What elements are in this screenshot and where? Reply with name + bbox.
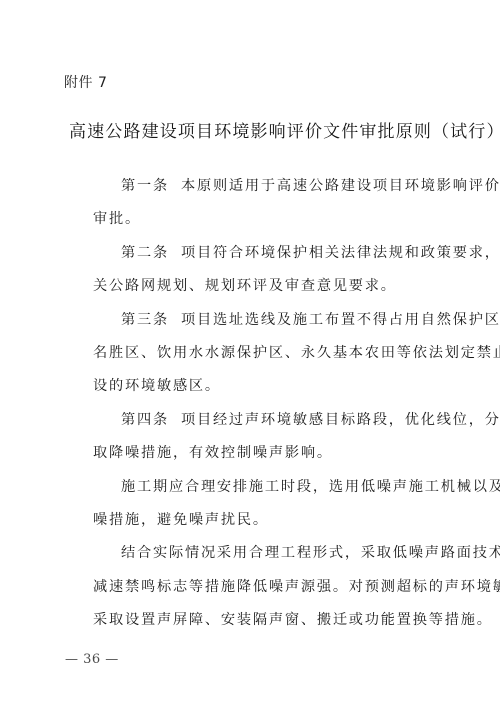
page-number: — 36 — <box>65 652 119 668</box>
article-1: 第一条本原则适用于高速公路建设项目环境影响评价文件的 审批。 <box>65 170 437 237</box>
document-body: 第一条本原则适用于高速公路建设项目环境影响评价文件的 审批。 第二条项目符合环境… <box>65 170 437 637</box>
document-page: 附件 7 高速公路建设项目环境影响评价文件审批原则（试行） 第一条本原则适用于高… <box>0 0 500 707</box>
text-line: 取降噪措施，有效控制噪声影响。 <box>65 437 437 470</box>
text-line: 名胜区、饮用水水源保护区、永久基本农田等依法划定禁止开发建 <box>65 337 437 370</box>
line-text: 项目经过声环境敏感目标路段，优化线位，分情况采 <box>181 412 500 428</box>
article-2: 第二条项目符合环境保护相关法律法规和政策要求，符合相 关公路网规划、规划环评及审… <box>65 237 437 304</box>
text-line: 采取设置声屏障、安装隔声窗、搬迁或功能置换等措施。 <box>65 604 437 637</box>
text-line: 第四条项目经过声环境敏感目标路段，优化线位，分情况采 <box>65 404 437 437</box>
text-line: 第二条项目符合环境保护相关法律法规和政策要求，符合相 <box>65 237 437 270</box>
article-number: 第四条 <box>121 412 169 428</box>
text-line: 施工期应合理安排施工时段，选用低噪声施工机械以及隔声降 <box>65 471 437 504</box>
article-4: 第四条项目经过声环境敏感目标路段，优化线位，分情况采 取降噪措施，有效控制噪声影… <box>65 404 437 471</box>
text-line: 设的环境敏感区。 <box>65 370 437 403</box>
line-text: 项目符合环境保护相关法律法规和政策要求，符合相 <box>181 245 500 261</box>
article-number: 第二条 <box>121 245 169 261</box>
paragraph-construction-noise: 施工期应合理安排施工时段，选用低噪声施工机械以及隔声降 噪措施，避免噪声扰民。 <box>65 471 437 538</box>
article-3: 第三条项目选址选线及施工布置不得占用自然保护区、风景 名胜区、饮用水水源保护区、… <box>65 304 437 404</box>
article-number: 第三条 <box>121 312 169 328</box>
text-line: 噪措施，避免噪声扰民。 <box>65 504 437 537</box>
article-number: 第一条 <box>121 178 169 194</box>
line-text: 本原则适用于高速公路建设项目环境影响评价文件的 <box>181 178 500 194</box>
text-line: 减速禁鸣标志等措施降低噪声源强。对预测超标的声环境敏感目标 <box>65 571 437 604</box>
text-line: 关公路网规划、规划环评及审查意见要求。 <box>65 270 437 303</box>
paragraph-noise-measures: 结合实际情况采用合理工程形式，采取低噪声路面技术、设置 减速禁鸣标志等措施降低噪… <box>65 537 437 637</box>
text-line: 审批。 <box>65 203 437 236</box>
text-line: 结合实际情况采用合理工程形式，采取低噪声路面技术、设置 <box>65 537 437 570</box>
attachment-label: 附件 7 <box>64 75 107 91</box>
text-line: 第三条项目选址选线及施工布置不得占用自然保护区、风景 <box>65 304 437 337</box>
line-text: 项目选址选线及施工布置不得占用自然保护区、风景 <box>181 312 500 328</box>
document-title: 高速公路建设项目环境影响评价文件审批原则（试行） <box>69 122 431 142</box>
text-line: 第一条本原则适用于高速公路建设项目环境影响评价文件的 <box>65 170 437 203</box>
